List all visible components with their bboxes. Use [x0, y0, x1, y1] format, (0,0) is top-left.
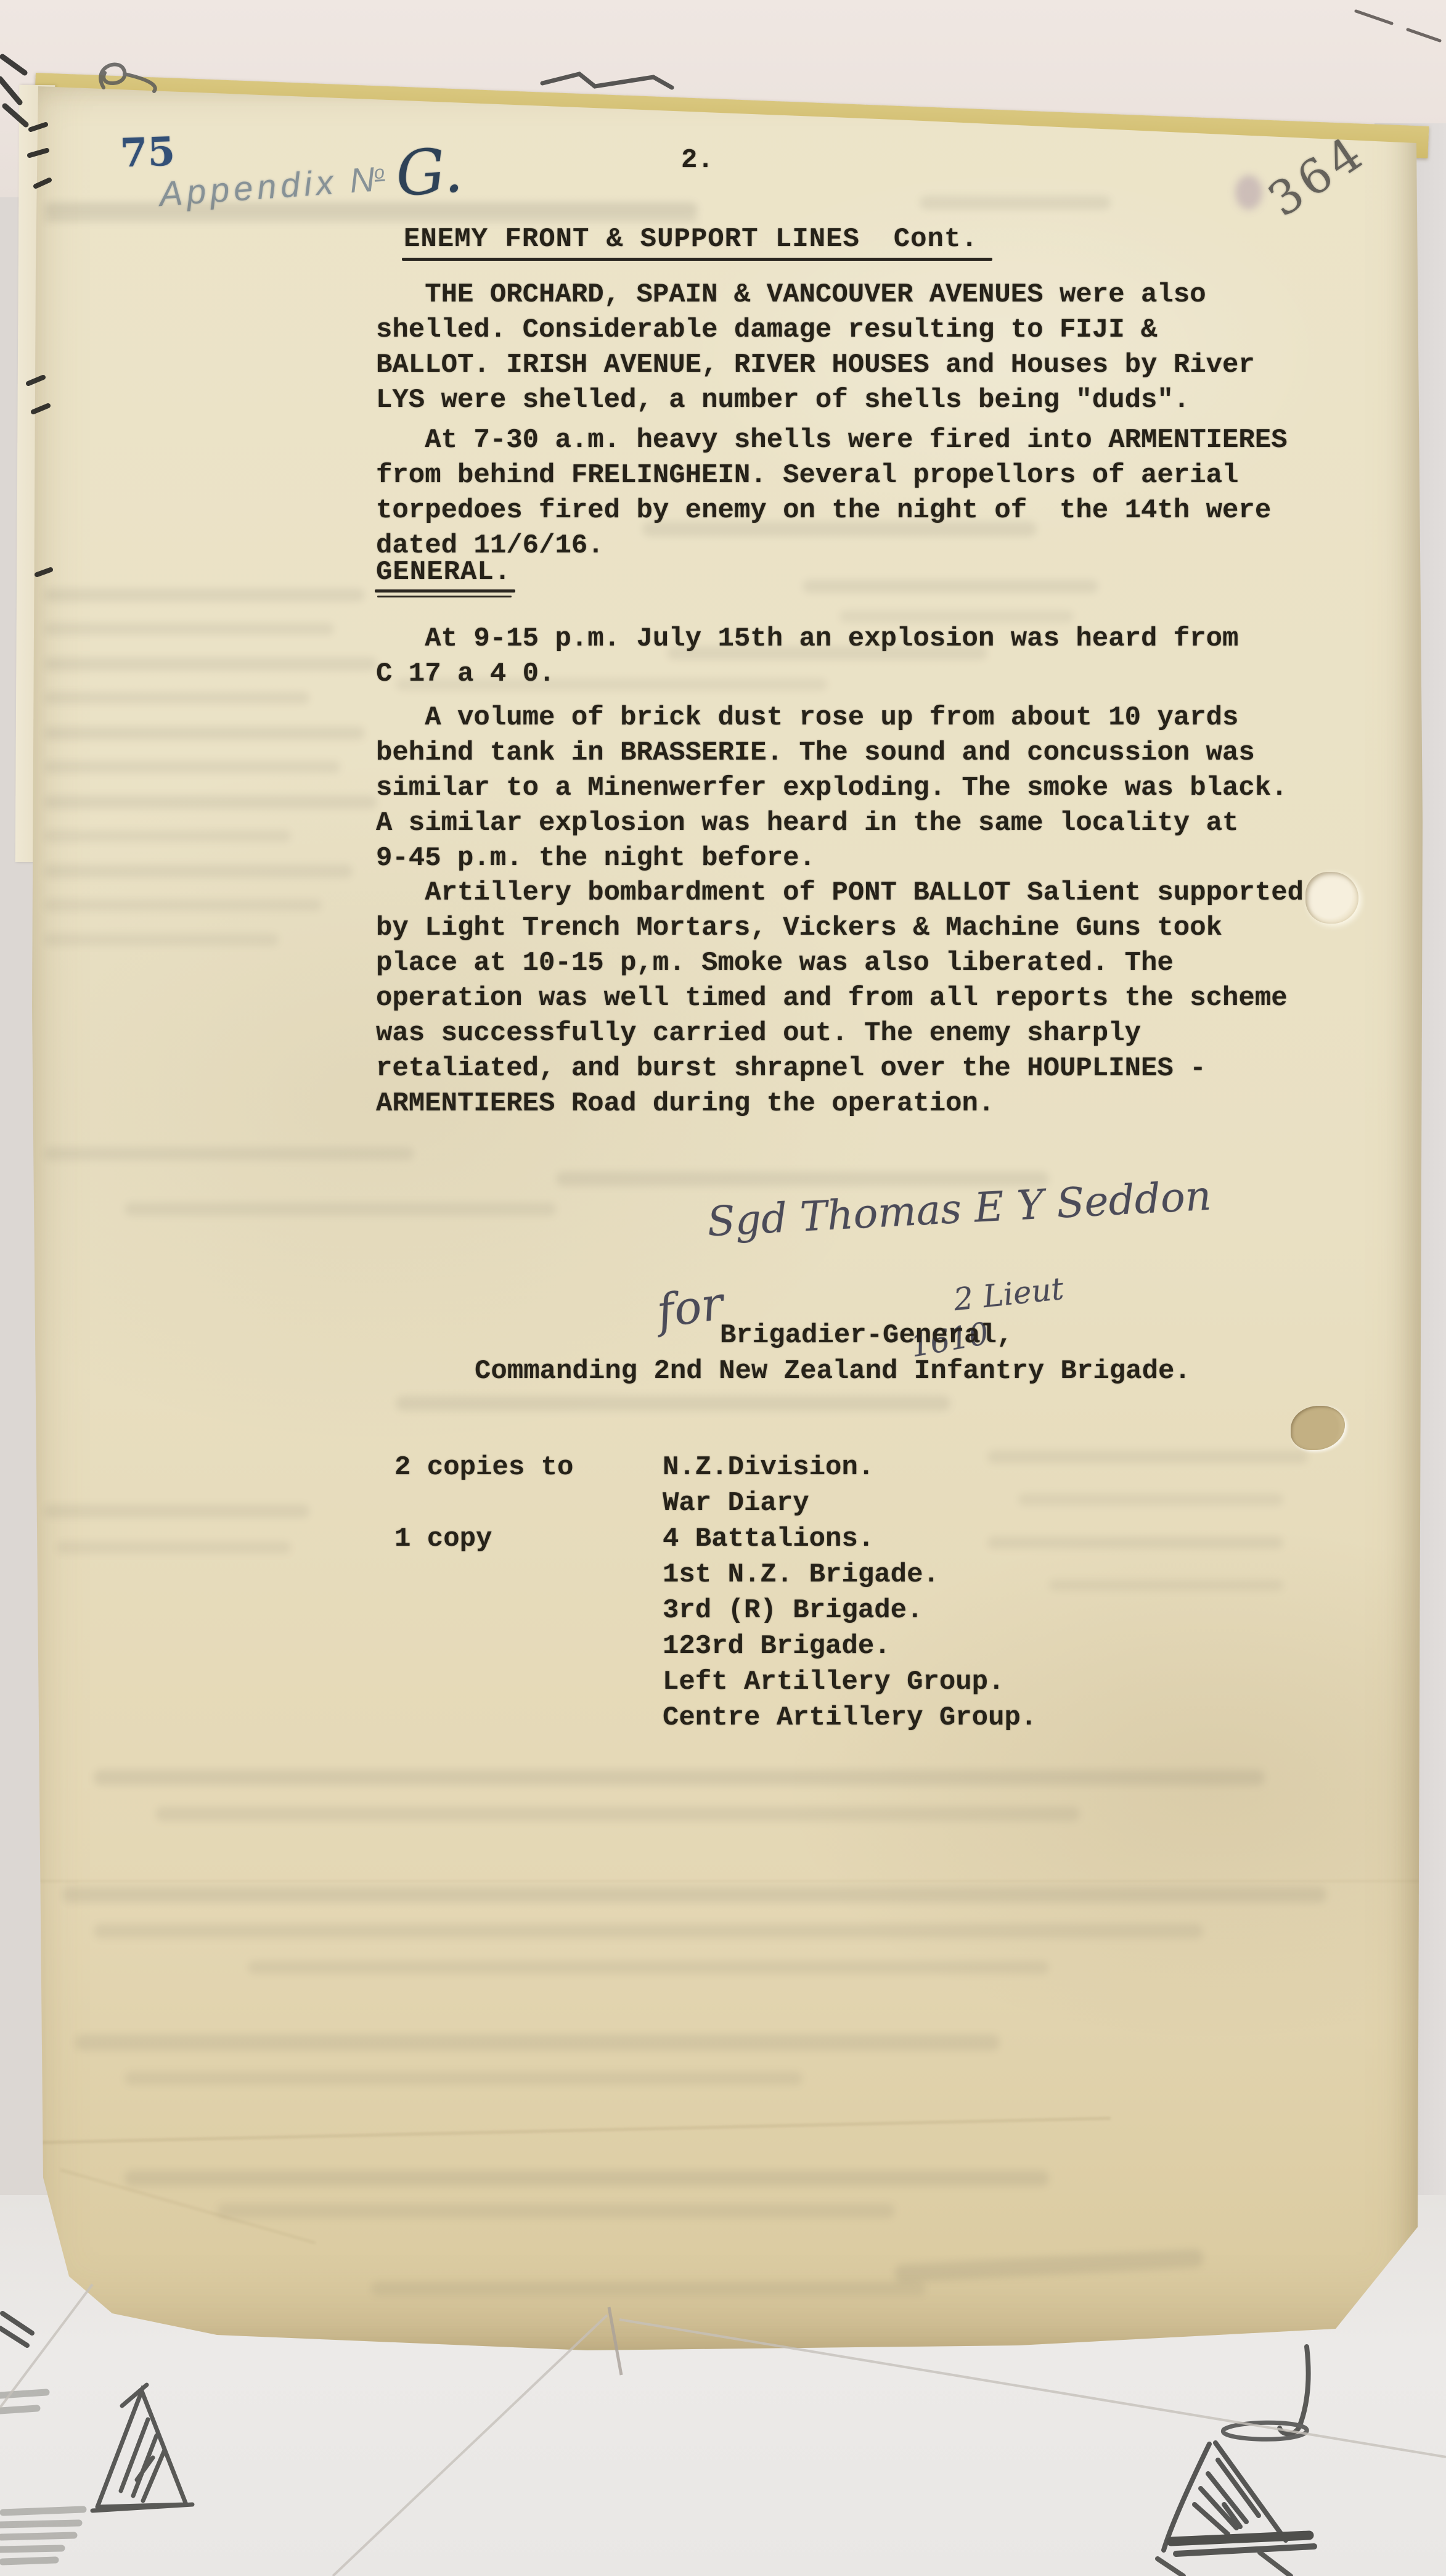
- distribution-row: 1st N.Z. Brigade.: [32, 1557, 1142, 1593]
- bleed-through-line: [396, 678, 827, 691]
- heading-underline: [402, 258, 992, 261]
- bleed-through-line: [125, 2170, 1049, 2186]
- distribution-row: Centre Artillery Group.: [32, 1700, 1142, 1736]
- bleed-through-line: [839, 610, 1074, 623]
- bleed-through-line: [44, 623, 334, 635]
- paragraph-brick-dust: A volume of brick dust rose up from abou…: [376, 700, 1288, 876]
- appendix-stamp-no: No: [339, 159, 386, 201]
- distribution-recipient: War Diary: [663, 1486, 809, 1521]
- bleed-through-line: [44, 795, 377, 809]
- bleed-through-line: [44, 761, 340, 773]
- bleed-through-line: [987, 1450, 1308, 1464]
- ink-blot: [1235, 175, 1262, 210]
- paragraph-armentieres-shells: At 7-30 a.m. heavy shells were fired int…: [376, 423, 1288, 564]
- distribution-recipient: N.Z.Division.: [663, 1450, 874, 1485]
- page-crease-upper: [32, 1881, 1419, 1882]
- paragraph-orchard-shelled: THE ORCHARD, SPAIN & VANCOUVER AVENUES w…: [376, 277, 1255, 418]
- section-heading-general: GENERAL.: [376, 555, 511, 590]
- general-underline-1: [375, 589, 515, 593]
- bleed-through-line: [920, 196, 1111, 210]
- bleed-through-line: [125, 1202, 556, 1216]
- bleed-through-line: [556, 1171, 1049, 1186]
- bleed-through-line: [642, 522, 1037, 536]
- bleed-through-line: [248, 1961, 1049, 1974]
- bleed-through-line: [94, 1924, 1203, 1938]
- signature-unit-typed: Commanding 2nd New Zealand Infantry Brig…: [475, 1354, 1191, 1389]
- bleed-through-line: [44, 588, 365, 602]
- bleed-through-line: [94, 1770, 1265, 1786]
- bleed-through-line: [44, 899, 322, 911]
- bleed-through-line: [44, 864, 353, 878]
- bleed-through-line: [44, 933, 279, 946]
- bleed-through-line: [44, 218, 698, 221]
- distribution-row: 2 copies toN.Z.Division.: [32, 1450, 1142, 1486]
- distribution-recipient: 1st N.Z. Brigade.: [663, 1557, 939, 1593]
- bleed-through-line: [125, 2072, 803, 2085]
- appendix-letter-handwritten: G.: [393, 134, 465, 210]
- distribution-row: 123rd Brigade.: [32, 1629, 1142, 1665]
- bleed-through-line: [895, 2249, 1204, 2283]
- signature-title-typed: Brigadier-General,: [720, 1318, 1013, 1353]
- bleed-through-line: [44, 1147, 414, 1160]
- worn-hole-upper: [1305, 872, 1358, 924]
- bleed-through-line: [803, 580, 1098, 593]
- bleed-through-line: [44, 726, 365, 740]
- signature-for-flourish: for: [654, 1277, 727, 1339]
- distribution-copies-label: 1 copy: [394, 1522, 492, 1557]
- document-page: 75 Appendix No G. 2. 364 ENEMY FRONT & S…: [32, 81, 1423, 2350]
- bleed-through-line: [371, 2281, 926, 2296]
- paragraph-artillery-bombardment: Artillery bombardment of PONT BALLOT Sal…: [376, 876, 1304, 1122]
- bleed-through-line: [75, 2035, 1000, 2051]
- bleed-through-line: [44, 1504, 309, 1518]
- distribution-copies-label: 2 copies to: [394, 1450, 573, 1485]
- bleed-through-line: [987, 1536, 1283, 1549]
- bleed-through-line: [217, 2204, 895, 2218]
- distribution-recipient: 123rd Brigade.: [663, 1629, 891, 1664]
- bleed-through-line: [44, 830, 291, 842]
- bleed-through-line: [57, 1541, 291, 1554]
- bleed-through-line: [396, 1396, 950, 1411]
- distribution-row: 3rd (R) Brigade.: [32, 1593, 1142, 1629]
- page-crease-fold: [32, 2117, 1111, 2144]
- page-number: 2.: [681, 143, 714, 178]
- worn-hole-lower: [1291, 1406, 1345, 1450]
- photograph-of-archival-document: { "document": { "folio_number": "75", "a…: [0, 0, 1446, 2576]
- bleed-through-line: [155, 1807, 1080, 1821]
- signature-rank-handwritten: 2 Lieut: [952, 1271, 1065, 1318]
- distribution-recipient: 4 Battalions.: [663, 1522, 874, 1557]
- distribution-row: Left Artillery Group.: [32, 1665, 1142, 1700]
- bleed-through-line: [667, 646, 987, 660]
- bleed-through-line: [1049, 1580, 1283, 1591]
- bleed-through-line: [44, 692, 309, 704]
- section-heading-enemy-front: ENEMY FRONT & SUPPORT LINES Cont.: [404, 222, 978, 257]
- bleed-through-line: [44, 202, 698, 217]
- bleed-through-line: [63, 1887, 1326, 1903]
- page-surface: 75 Appendix No G. 2. 364 ENEMY FRONT & S…: [32, 81, 1423, 2350]
- distribution-recipient: Centre Artillery Group.: [663, 1700, 1037, 1736]
- bleed-through-line: [1018, 1493, 1283, 1506]
- distribution-recipient: 3rd (R) Brigade.: [663, 1593, 923, 1628]
- distribution-recipient: Left Artillery Group.: [663, 1665, 1005, 1700]
- general-underline-2: [377, 596, 512, 597]
- bleed-through-line: [44, 657, 377, 671]
